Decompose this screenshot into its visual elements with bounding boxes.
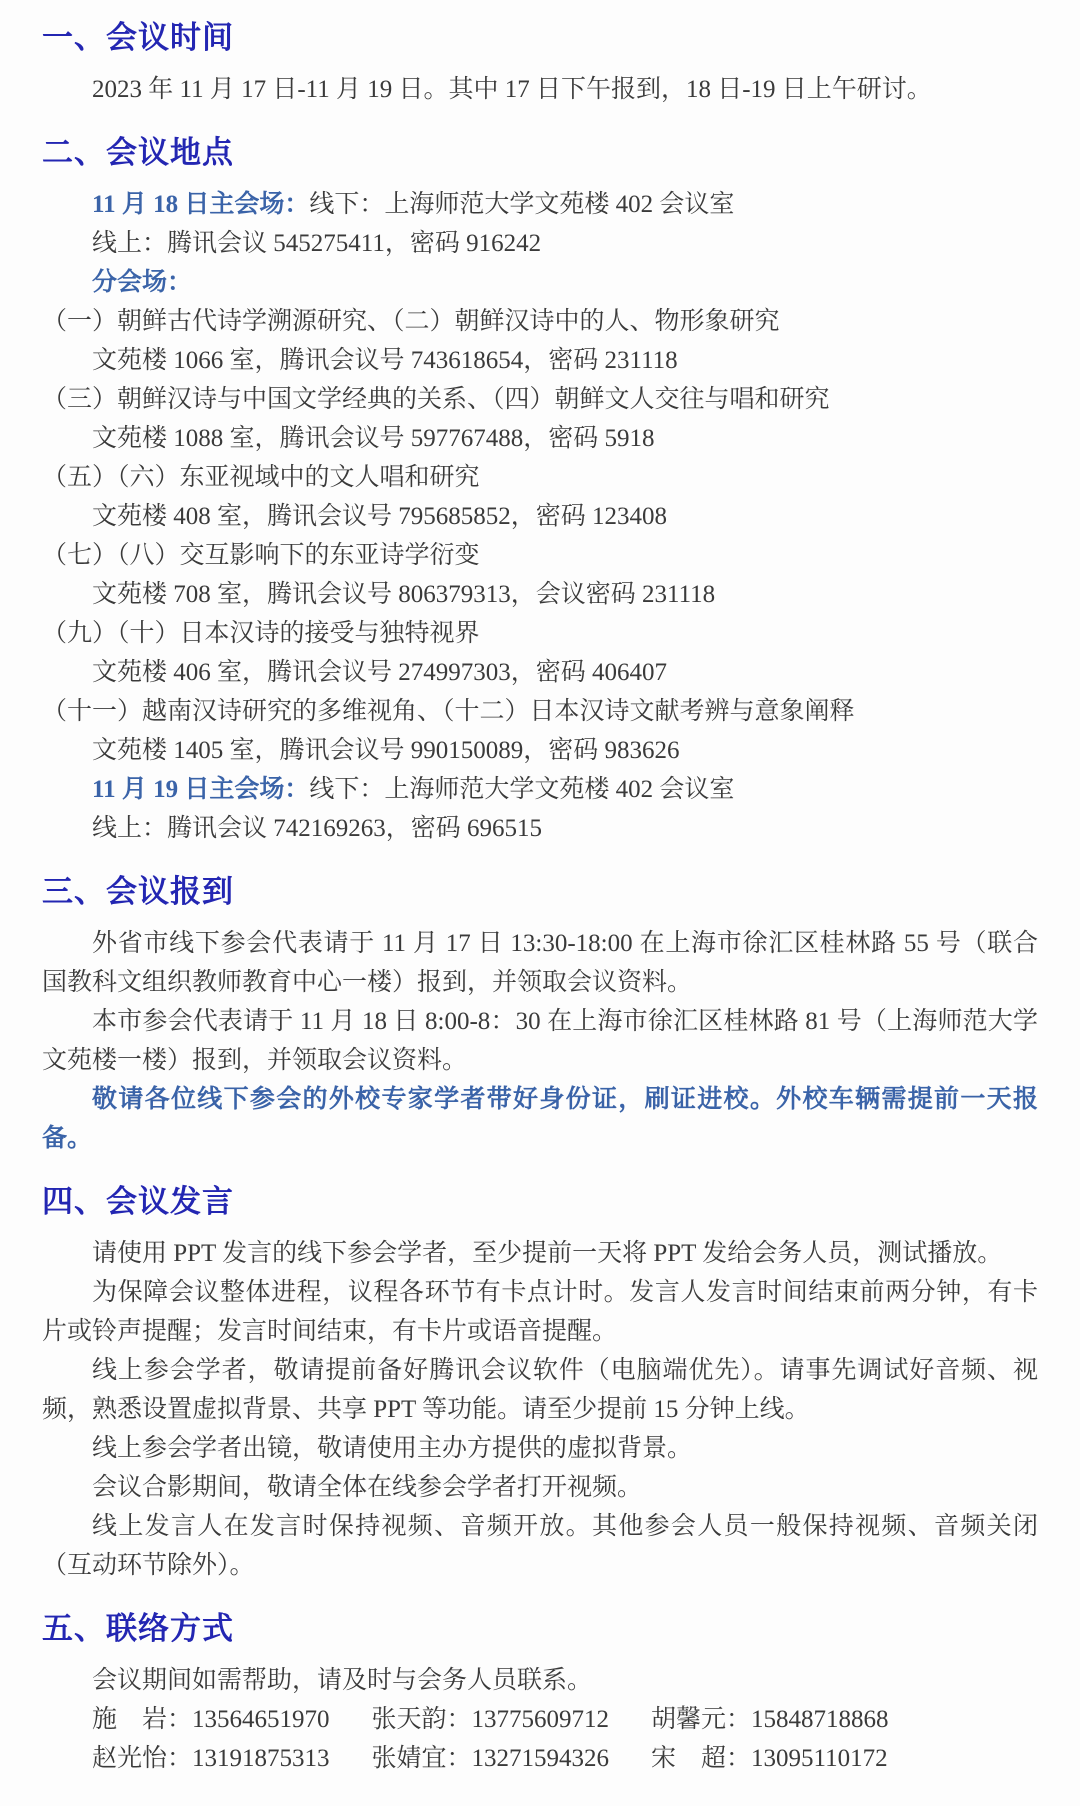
contact-phone: 13271594326 xyxy=(472,1745,610,1772)
time-keeping-paragraph: 为保障会议整体进程，议程各环节有卡点计时。发言人发言时间结束前两分钟，有卡片或铃… xyxy=(42,1273,1038,1351)
contact-phone: 13191875313 xyxy=(192,1745,330,1772)
contact-item: 施 岩：13564651970 xyxy=(92,1700,330,1739)
conference-notice-document: 一、会议时间 2023 年 11 月 17 日-11 月 19 日。其中 17 … xyxy=(42,18,1038,1778)
contact-item: 赵光怡：13191875313 xyxy=(92,1739,330,1778)
contact-phone: 13775609712 xyxy=(472,1706,610,1733)
breakout-venue-detail: 文苑楼 408 室，腾讯会议号 795685852，密码 123408 xyxy=(42,497,1038,536)
contact-intro-paragraph: 会议期间如需帮助，请及时与会务人员联系。 xyxy=(42,1661,1038,1700)
id-card-notice: 敬请各位线下参会的外校专家学者带好身份证，刷证进校。外校车辆需提前一天报备。 xyxy=(42,1080,1038,1158)
breakout-venue-detail: 文苑楼 708 室，腾讯会议号 806379313，会议密码 231118 xyxy=(42,575,1038,614)
contact-item: 张婧宜：13271594326 xyxy=(372,1739,610,1778)
breakout-venue-title: （三）朝鲜汉诗与中国文学经典的关系、（四）朝鲜文人交往与唱和研究 xyxy=(42,380,1038,419)
online-software-paragraph: 线上参会学者，敬请提前备好腾讯会议软件（电脑端优先）。请事先调试好音频、视频，熟… xyxy=(42,1351,1038,1429)
breakout-venue-detail: 文苑楼 406 室，腾讯会议号 274997303，密码 406407 xyxy=(42,653,1038,692)
ppt-submission-paragraph: 请使用 PPT 发言的线下参会学者，至少提前一天将 PPT 发给会务人员，测试播… xyxy=(42,1234,1038,1273)
section-registration: 三、会议报到 外省市线下参会代表请于 11 月 17 日 13:30-18:00… xyxy=(42,872,1038,1158)
meeting-time-paragraph: 2023 年 11 月 17 日-11 月 19 日。其中 17 日下午报到，1… xyxy=(42,70,1038,109)
online-meeting-nov18-line: 线上：腾讯会议 545275411，密码 916242 xyxy=(42,224,1038,263)
contact-name: 胡馨元： xyxy=(651,1706,751,1733)
registration-out-of-town-paragraph: 外省市线下参会代表请于 11 月 17 日 13:30-18:00 在上海市徐汇… xyxy=(42,924,1038,1002)
breakout-venue-detail: 文苑楼 1405 室，腾讯会议号 990150089，密码 983626 xyxy=(42,731,1038,770)
contact-row-2: 赵光怡：13191875313 张婧宜：13271594326 宋 超：1309… xyxy=(42,1739,1038,1778)
section-meeting-time: 一、会议时间 2023 年 11 月 17 日-11 月 19 日。其中 17 … xyxy=(42,18,1038,109)
contact-name: 赵光怡： xyxy=(92,1745,192,1772)
group-photo-paragraph: 会议合影期间，敬请全体在线参会学者打开视频。 xyxy=(42,1468,1038,1507)
contact-item: 胡馨元：15848718868 xyxy=(651,1700,889,1739)
breakout-venues-label: 分会场： xyxy=(42,263,1038,302)
audio-video-paragraph: 线上发言人在发言时保持视频、音频开放。其他参会人员一般保持视频、音频关闭（互动环… xyxy=(42,1507,1038,1585)
contact-row-1: 施 岩：13564651970 张天韵：13775609712 胡馨元：1584… xyxy=(42,1700,1038,1739)
section-contact: 五、联络方式 会议期间如需帮助，请及时与会务人员联系。 施 岩：13564651… xyxy=(42,1609,1038,1778)
breakout-venue-title: （七）（八）交互影响下的东亚诗学衍变 xyxy=(42,536,1038,575)
virtual-background-paragraph: 线上参会学者出镜，敬请使用主办方提供的虚拟背景。 xyxy=(42,1429,1038,1468)
main-venue-nov18-label: 11 月 18 日主会场： xyxy=(92,191,309,218)
main-venue-nov19-line: 11 月 19 日主会场：线下：上海师范大学文苑楼 402 会议室 xyxy=(42,770,1038,809)
breakout-venue-title: （九）（十）日本汉诗的接受与独特视界 xyxy=(42,614,1038,653)
meeting-time-heading: 一、会议时间 xyxy=(42,18,1038,58)
speeches-heading: 四、会议发言 xyxy=(42,1182,1038,1222)
contact-heading: 五、联络方式 xyxy=(42,1609,1038,1649)
contact-name: 施 岩： xyxy=(92,1706,192,1733)
registration-heading: 三、会议报到 xyxy=(42,872,1038,912)
contact-item: 宋 超：13095110172 xyxy=(651,1739,888,1778)
breakout-venue-2: （三）朝鲜汉诗与中国文学经典的关系、（四）朝鲜文人交往与唱和研究 文苑楼 108… xyxy=(42,380,1038,458)
breakout-venue-6: （十一）越南汉诗研究的多维视角、（十二）日本汉诗文献考辨与意象阐释 文苑楼 14… xyxy=(42,692,1038,770)
main-venue-nov19-text: 线下：上海师范大学文苑楼 402 会议室 xyxy=(309,776,734,803)
contact-item: 张天韵：13775609712 xyxy=(372,1700,610,1739)
main-venue-nov18-line: 11 月 18 日主会场：线下：上海师范大学文苑楼 402 会议室 xyxy=(42,185,1038,224)
section-meeting-location: 二、会议地点 11 月 18 日主会场：线下：上海师范大学文苑楼 402 会议室… xyxy=(42,133,1038,848)
main-venue-nov18-text: 线下：上海师范大学文苑楼 402 会议室 xyxy=(309,191,734,218)
section-speeches: 四、会议发言 请使用 PPT 发言的线下参会学者，至少提前一天将 PPT 发给会… xyxy=(42,1182,1038,1585)
contact-name: 张天韵： xyxy=(372,1706,472,1733)
breakout-venue-detail: 文苑楼 1066 室，腾讯会议号 743618654，密码 231118 xyxy=(42,341,1038,380)
contact-phone: 15848718868 xyxy=(751,1706,889,1733)
breakout-venue-3: （五）（六）东亚视域中的文人唱和研究 文苑楼 408 室，腾讯会议号 79568… xyxy=(42,458,1038,536)
breakout-venue-title: （一）朝鲜古代诗学溯源研究、（二）朝鲜汉诗中的人、物形象研究 xyxy=(42,302,1038,341)
contact-name: 张婧宜： xyxy=(372,1745,472,1772)
contact-phone: 13095110172 xyxy=(751,1745,888,1772)
breakout-venue-5: （九）（十）日本汉诗的接受与独特视界 文苑楼 406 室，腾讯会议号 27499… xyxy=(42,614,1038,692)
breakout-venue-detail: 文苑楼 1088 室，腾讯会议号 597767488，密码 5918 xyxy=(42,419,1038,458)
breakout-venue-1: （一）朝鲜古代诗学溯源研究、（二）朝鲜汉诗中的人、物形象研究 文苑楼 1066 … xyxy=(42,302,1038,380)
breakout-venue-title: （十一）越南汉诗研究的多维视角、（十二）日本汉诗文献考辨与意象阐释 xyxy=(42,692,1038,731)
contact-name: 宋 超： xyxy=(651,1745,751,1772)
online-meeting-nov19-line: 线上：腾讯会议 742169263，密码 696515 xyxy=(42,809,1038,848)
breakout-venue-4: （七）（八）交互影响下的东亚诗学衍变 文苑楼 708 室，腾讯会议号 80637… xyxy=(42,536,1038,614)
main-venue-nov19-label: 11 月 19 日主会场： xyxy=(92,776,309,803)
breakout-venue-title: （五）（六）东亚视域中的文人唱和研究 xyxy=(42,458,1038,497)
contact-phone: 13564651970 xyxy=(192,1706,330,1733)
meeting-location-heading: 二、会议地点 xyxy=(42,133,1038,173)
registration-local-paragraph: 本市参会代表请于 11 月 18 日 8:00-8：30 在上海市徐汇区桂林路 … xyxy=(42,1002,1038,1080)
